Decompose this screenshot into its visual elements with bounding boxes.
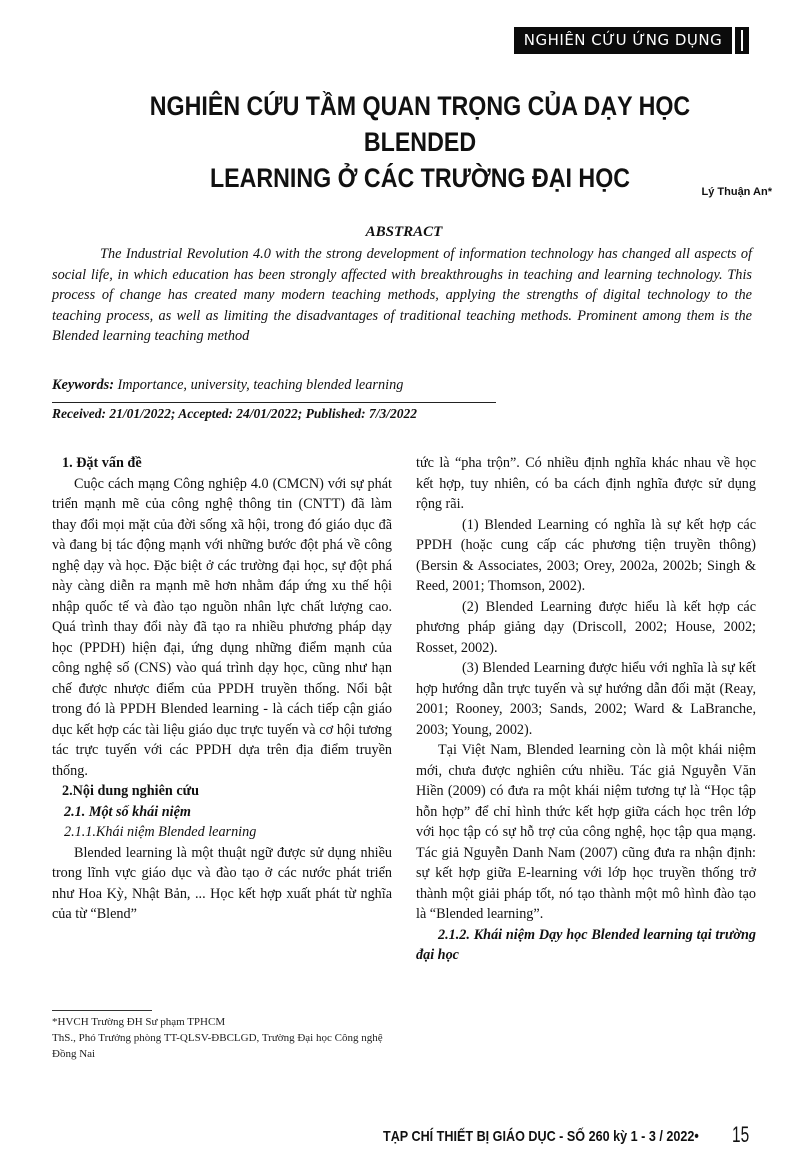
journal-footer: TẠP CHÍ THIẾT BỊ GIÁO DỤC - SỐ 260 kỳ 1 …	[383, 1128, 699, 1145]
title-line-1: NGHIÊN CỨU TẦM QUAN TRỌNG CỦA DẠY HỌC BL…	[93, 88, 747, 160]
keywords-label: Keywords:	[52, 377, 114, 393]
article-title: NGHIÊN CỨU TẦM QUAN TRỌNG CỦA DẠY HỌC BL…	[93, 88, 747, 196]
section-tag-bar-decoration	[735, 27, 749, 54]
abstract-body: The Industrial Revolution 4.0 with the s…	[52, 244, 752, 347]
heading-khai-niem-blended: 2.1.1.Khái niệm Blended learning	[52, 822, 392, 843]
definition-1: (1) Blended Learning có nghĩa là sự kết …	[416, 515, 756, 597]
heading-noi-dung: 2.Nội dung nghiên cứu	[52, 781, 392, 802]
abstract-heading: ABSTRACT	[0, 224, 808, 241]
title-line-2: LEARNING Ở CÁC TRƯỜNG ĐẠI HỌC	[93, 160, 747, 196]
paragraph: Cuộc cách mạng Công nghiệp 4.0 (CMCN) vớ…	[52, 474, 392, 782]
heading-day-hoc-blended: 2.1.2. Khái niệm Dạy học Blended learnin…	[416, 925, 756, 966]
paragraph: Tại Việt Nam, Blended learning còn là mộ…	[416, 740, 756, 925]
definition-2: (2) Blended Learning được hiểu là kết hợ…	[416, 597, 756, 659]
publication-dates: Received: 21/01/2022; Accepted: 24/01/20…	[52, 406, 417, 422]
footnote-1: *HVCH Trường ĐH Sư phạm TPHCM	[52, 1014, 392, 1030]
divider	[52, 402, 496, 403]
keywords-value: Importance, university, teaching blended…	[114, 377, 403, 393]
footnote-rule	[52, 1010, 152, 1011]
page-number: 15	[732, 1122, 749, 1148]
section-tag: NGHIÊN CỨU ỨNG DỤNG	[514, 27, 732, 54]
right-column: tức là “pha trộn”. Có nhiều định nghĩa k…	[416, 453, 756, 966]
footnotes: *HVCH Trường ĐH Sư phạm TPHCM ThS., Phó …	[52, 1014, 392, 1062]
heading-dat-van-de: 1. Đặt vấn đề	[52, 453, 392, 474]
keywords: Keywords: Importance, university, teachi…	[52, 377, 403, 394]
heading-khai-niem: 2.1. Một số khái niệm	[52, 802, 392, 823]
definition-3: (3) Blended Learning được hiểu với nghĩa…	[416, 658, 756, 740]
footnote-2: ThS., Phó Trưởng phòng TT-QLSV-ĐBCLGD, T…	[52, 1030, 392, 1062]
author: Lý Thuận An*	[702, 186, 772, 198]
left-column: 1. Đặt vấn đề Cuộc cách mạng Công nghiệp…	[52, 453, 392, 925]
paragraph: Blended learning là một thuật ngữ được s…	[52, 843, 392, 925]
paragraph: tức là “pha trộn”. Có nhiều định nghĩa k…	[416, 453, 756, 515]
